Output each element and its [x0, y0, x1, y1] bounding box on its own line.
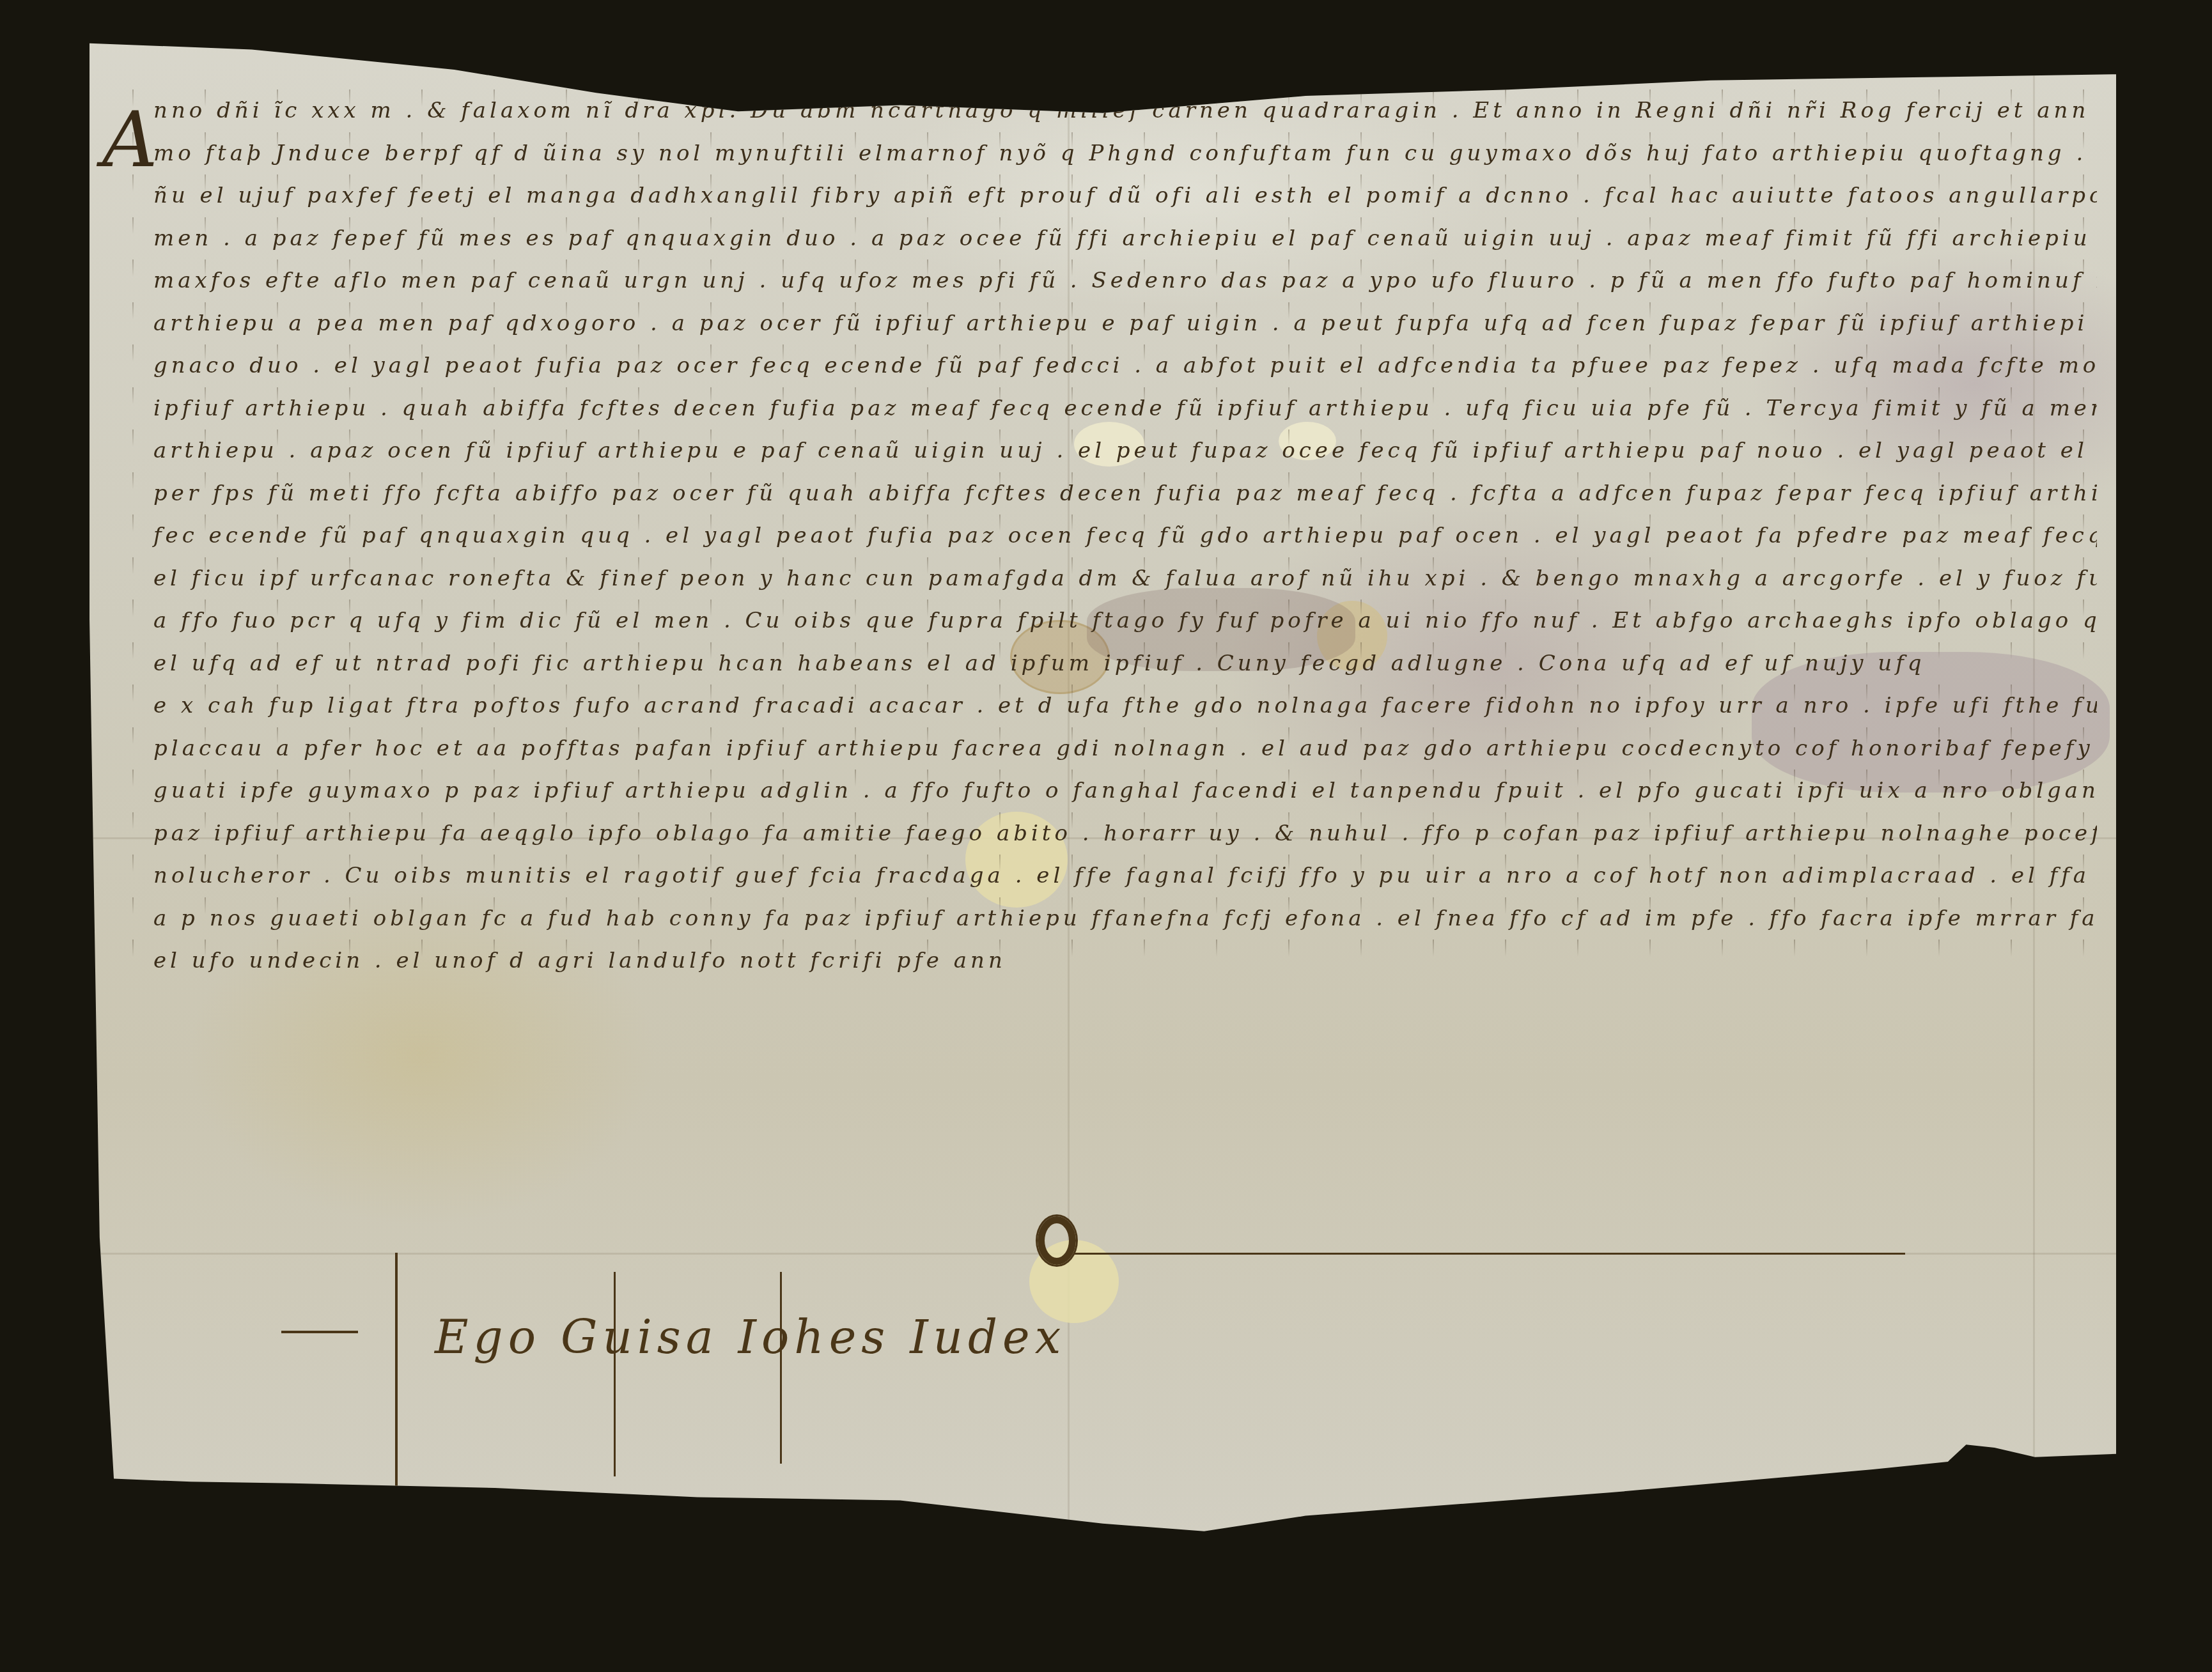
archival-year: 1130: [802, 82, 848, 104]
text-line: paz ipfiuf arthiepu fa aeqglo ipfo oblag…: [109, 812, 2097, 855]
descender-stroke: [614, 1272, 616, 1476]
text-line: guati ipfe guymaxo p paz ipfiuf arthiepu…: [109, 770, 2097, 812]
parchment-charter: 1130IV A nno dñi ĩc xxx m . & falaxom nĩ…: [90, 0, 2116, 1547]
signum-underline: [1074, 1253, 1905, 1255]
text-line: el ufo undecin . el unof d agri landulfo…: [109, 940, 2097, 982]
text-line: per fps fũ meti ffo fcfta abiffo paz oce…: [109, 472, 2097, 515]
descender-stroke: [780, 1272, 782, 1464]
text-line: a ffo fuo pcr q ufq y fim dic fũ el men …: [109, 600, 2097, 642]
scan-background: 1130IV A nno dñi ĩc xxx m . & falaxom nĩ…: [0, 0, 2212, 1672]
text-line: men . a paz fepef fũ mes es paf qnquaxgi…: [109, 217, 2097, 260]
subscription-cross-stem: [395, 1253, 398, 1496]
text-line: a p nos guaeti oblgan fc a fud hab conny…: [109, 897, 2097, 940]
judge-subscription: Ego Guisa Iohes Iudex: [435, 1310, 1066, 1364]
text-line: arthiepu . apaz ocen fũ ipfiuf arthiepu …: [109, 430, 2097, 472]
text-line: maxfos efte aflo men paf cenaũ urgn unj …: [109, 259, 2097, 302]
text-line: arthiepu a pea men paf qdxogoro . a paz …: [109, 302, 2097, 345]
text-line: e x cah fup ligat ftra poftos fufo acran…: [109, 685, 2097, 727]
text-line: placcau a pfer hoc et aa pofftas pafan i…: [109, 727, 2097, 770]
text-line: gnaco duo . el yagl peaot fufia paz ocer…: [109, 344, 2097, 387]
notary-rota-signum: [1036, 1214, 1078, 1267]
text-line: el ficu ipf urfcanac ronefta & finef peo…: [109, 557, 2097, 600]
text-line: nno dñi ĩc xxx m . & falaxom nĩ dra xpi.…: [109, 89, 2097, 132]
archival-volume: IV: [874, 77, 901, 105]
subscription-cross-icon: [281, 1331, 358, 1333]
text-line: ipfiuf arthiepu . quah abiffa fcftes dec…: [109, 387, 2097, 430]
text-line: el ufq ad ef ut ntrad pofi fic arthiepu …: [109, 642, 2097, 685]
archival-pencil-note: 1130IV: [802, 77, 901, 105]
text-line: ñu el ujuf paxfef feetj el manga dadhxan…: [109, 174, 2097, 217]
text-line: mo ftaþ Jnduce berpf qf d ũina sy nol my…: [109, 132, 2097, 175]
text-line: fec ecende fũ paf qnquaxgin quq . el yag…: [109, 515, 2097, 557]
text-line: nolucheror . Cu oibs munitis el ragotif …: [109, 855, 2097, 897]
charter-body-text: nno dñi ĩc xxx m . & falaxom nĩ dra xpi.…: [109, 89, 2097, 982]
